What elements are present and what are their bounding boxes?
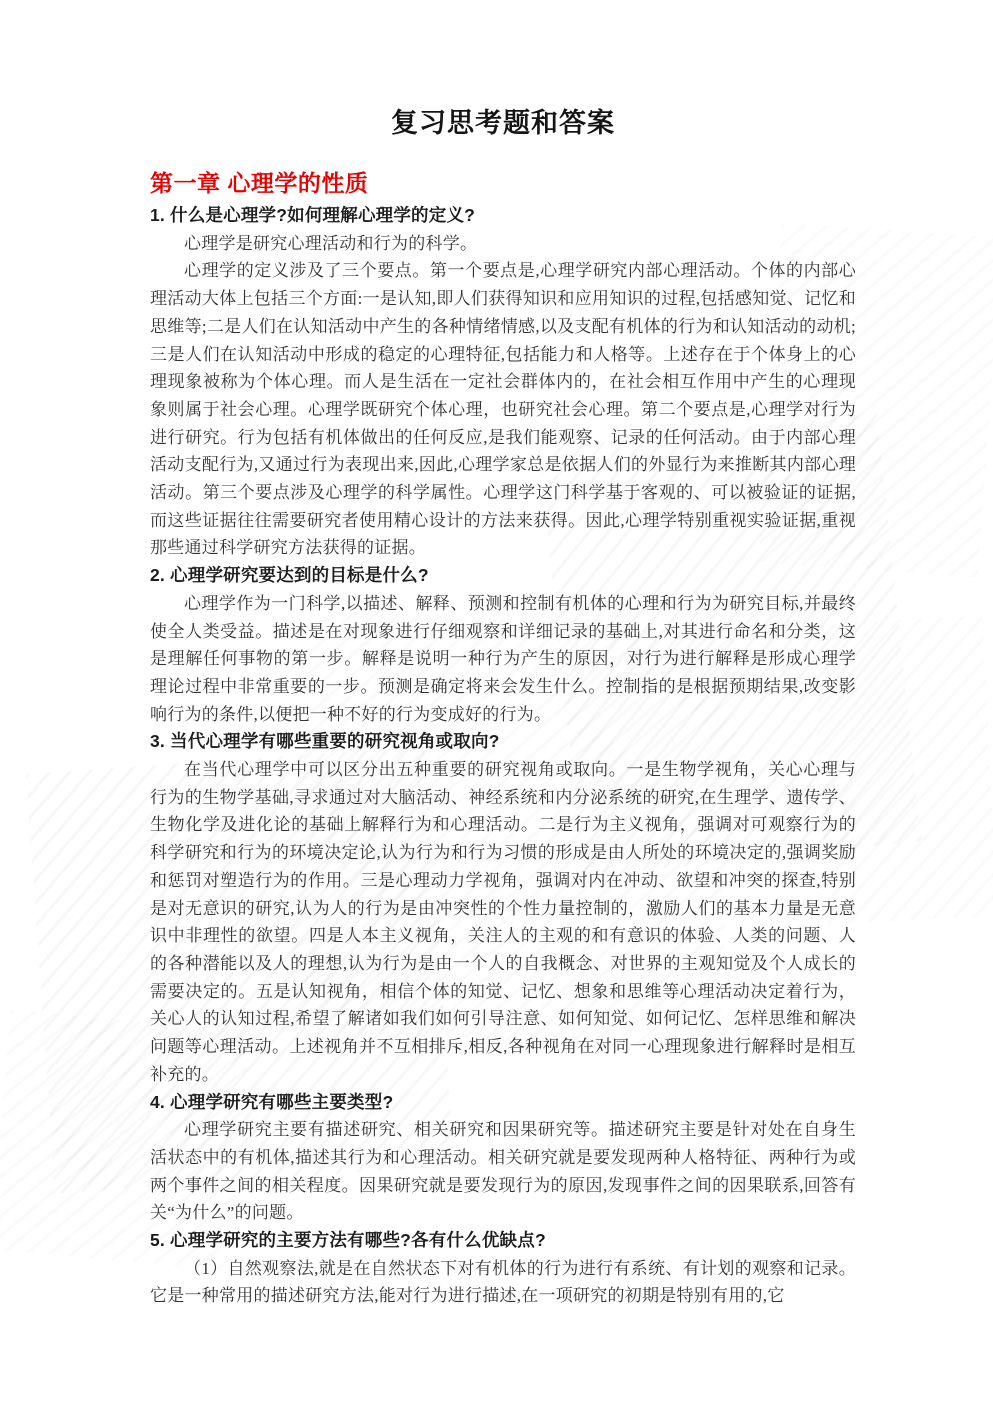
answer-paragraph: 心理学作为一门科学,以描述、解释、预测和控制有机体的心理和行为为研究目标,并最终… (150, 590, 856, 729)
answer-paragraph: 在当代心理学中可以区分出五种重要的研究视角或取向。一是生物学视角，关心心理与行为… (150, 756, 856, 1088)
question-heading: 1. 什么是心理学?如何理解心理学的定义? (150, 202, 856, 230)
page-title: 复习思考题和答案 (150, 106, 856, 140)
answer-paragraph: 心理学是研究心理活动和行为的科学。 (150, 230, 856, 258)
answer-paragraph: 心理学研究主要有描述研究、相关研究和因果研究等。描述研究主要是针对处在自身生活状… (150, 1116, 856, 1227)
chapter-heading: 第一章 心理学的性质 (150, 169, 856, 197)
answer-paragraph: （1）自然观察法,就是在自然状态下对有机体的行为进行有系统、有计划的观察和记录。… (150, 1255, 856, 1310)
question-heading: 2. 心理学研究要达到的目标是什么? (150, 562, 856, 590)
document-page: 复习思考题和答案 第一章 心理学的性质 1. 什么是心理学?如何理解心理学的定义… (0, 0, 993, 1404)
question-heading: 5. 心理学研究的主要方法有哪些?各有什么优缺点? (150, 1227, 856, 1255)
question-heading: 3. 当代心理学有哪些重要的研究视角或取向? (150, 728, 856, 756)
question-heading: 4. 心理学研究有哪些主要类型? (150, 1089, 856, 1117)
qa-list: 1. 什么是心理学?如何理解心理学的定义?心理学是研究心理活动和行为的科学。心理… (150, 202, 856, 1310)
answer-paragraph: 心理学的定义涉及了三个要点。第一个要点是,心理学研究内部心理活动。个体的内部心理… (150, 257, 856, 562)
text-column: 复习思考题和答案 第一章 心理学的性质 1. 什么是心理学?如何理解心理学的定义… (150, 0, 856, 1310)
